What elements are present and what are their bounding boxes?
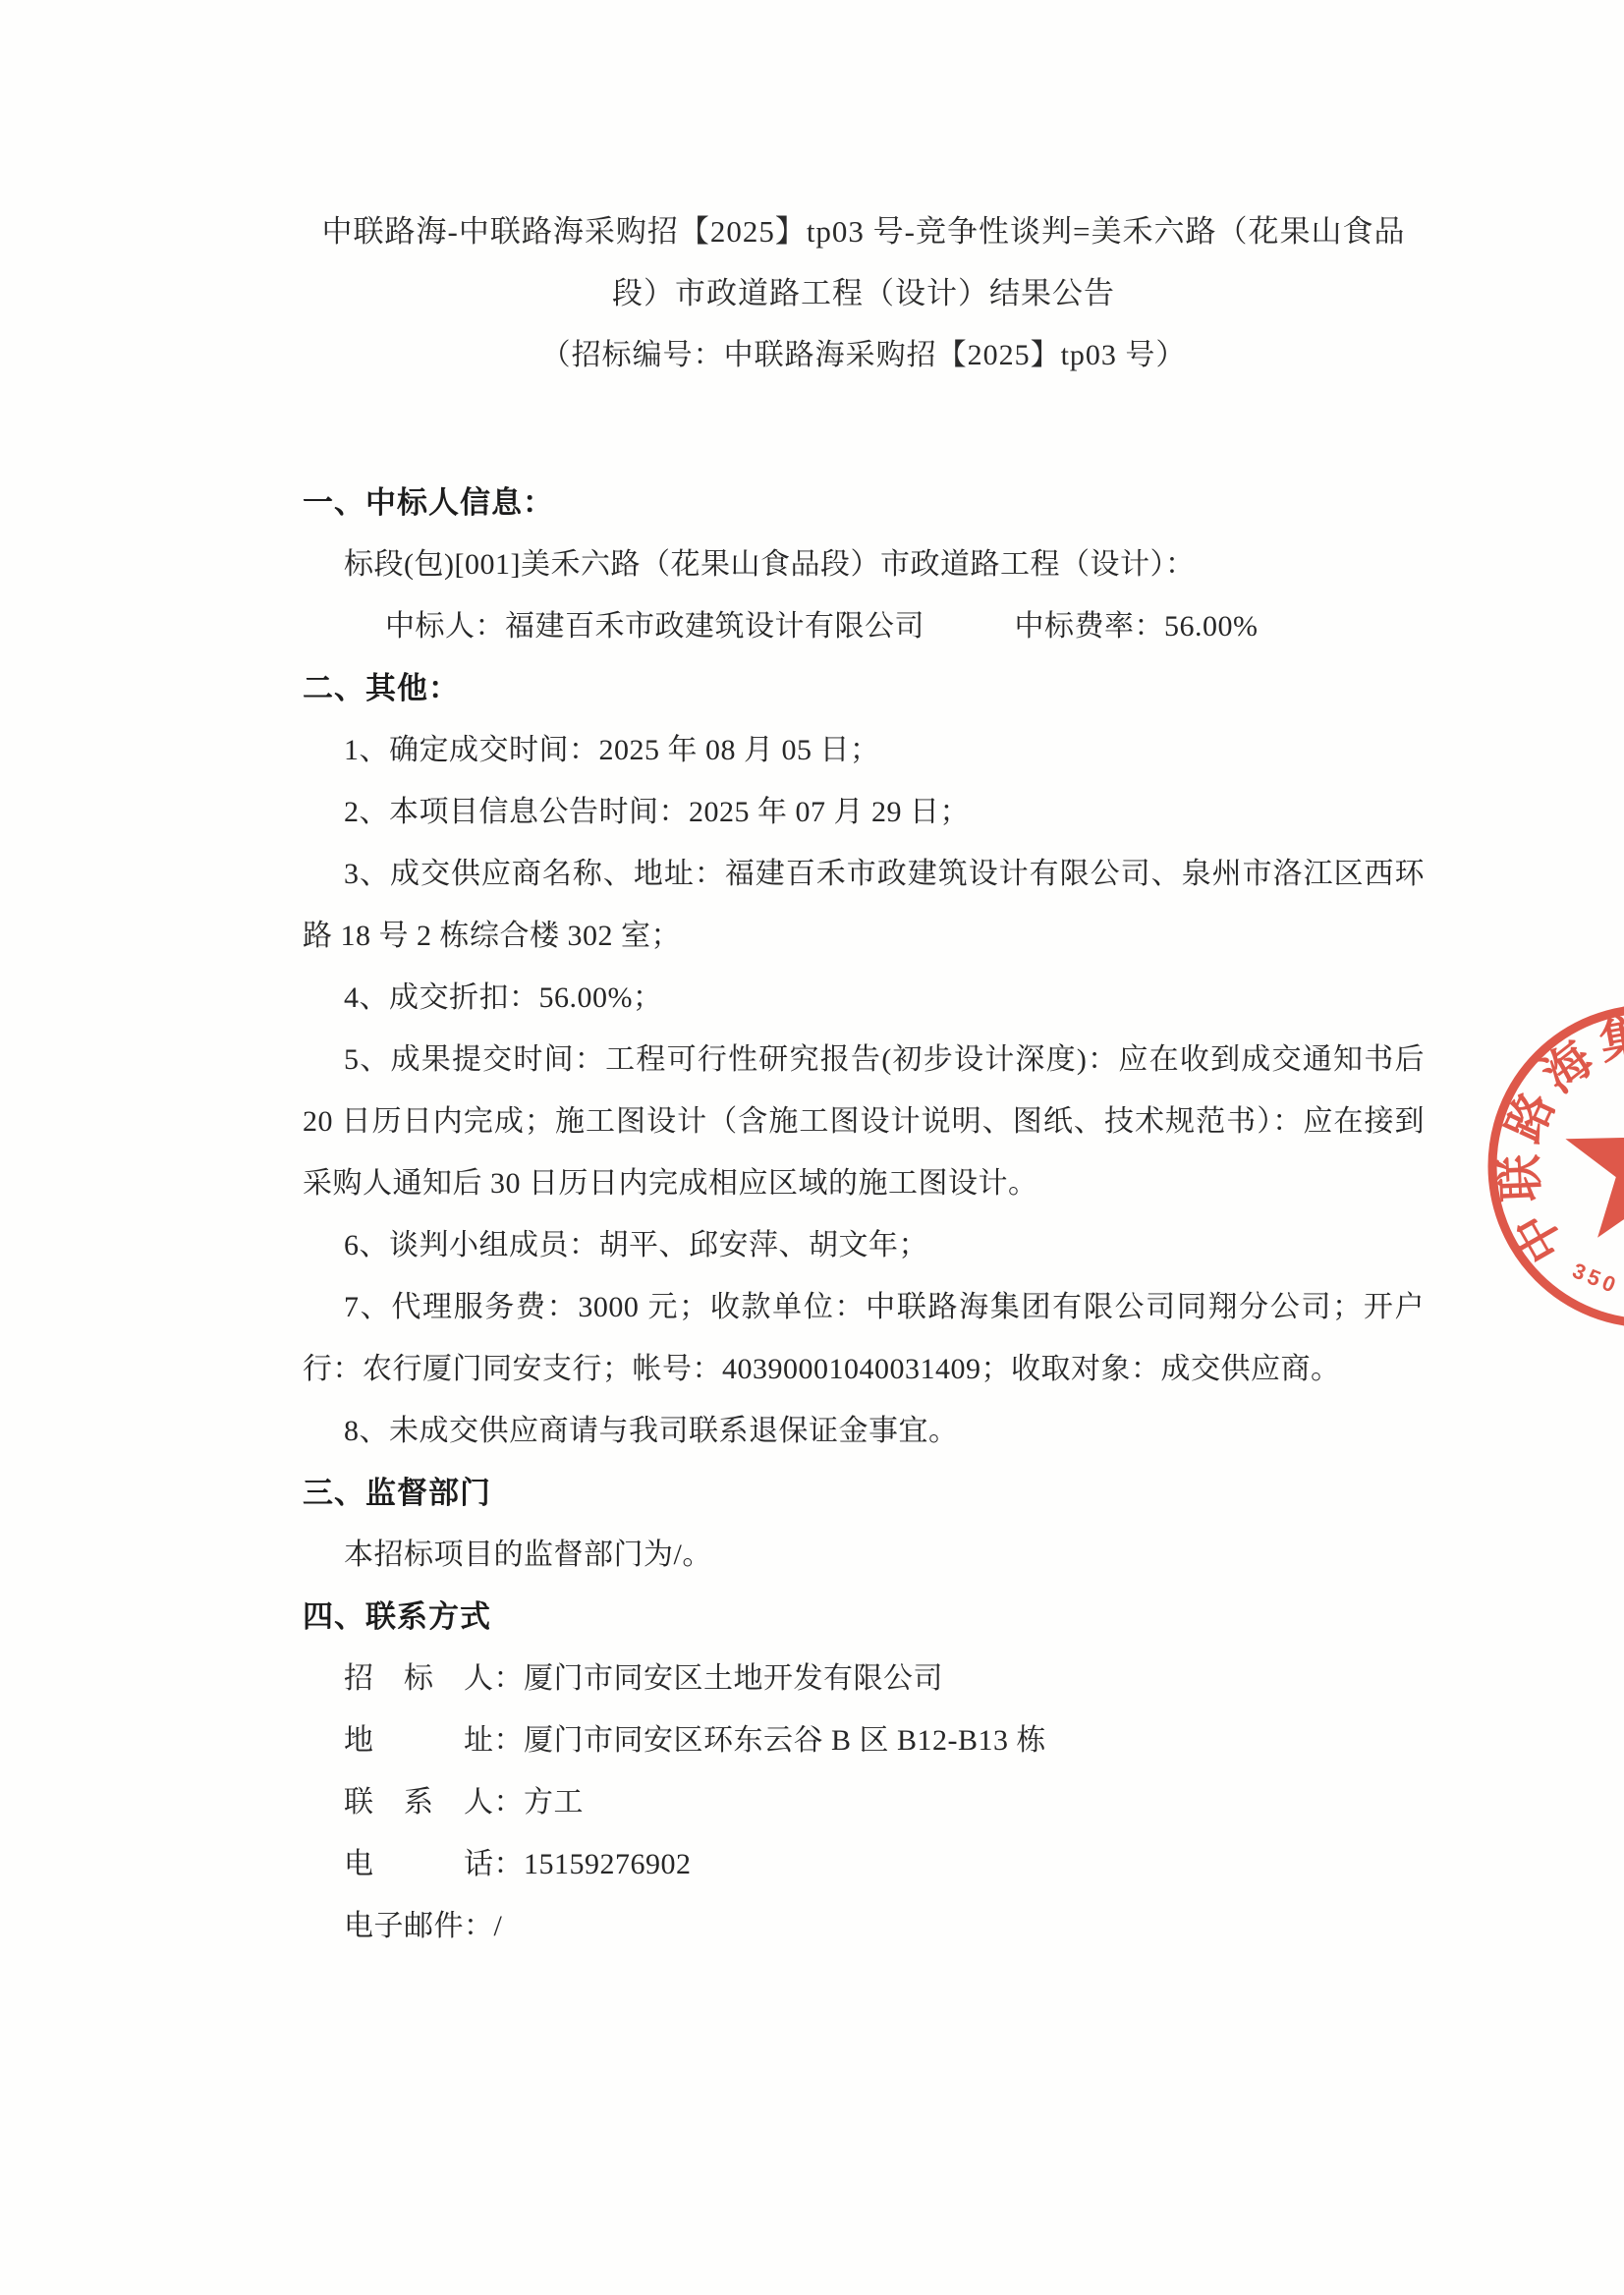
seal-code-digits: 350 [1569, 1258, 1623, 1298]
other-item-6: 6、谈判小组成员：胡平、邱安萍、胡文年； [303, 1214, 1425, 1276]
winner-line: 中标人：福建百禾市政建筑设计有限公司 中标费率：56.00% [303, 595, 1425, 657]
company-seal: 中联路海集团有限公司 350 [1433, 950, 1624, 1382]
section-heading-contact: 四、联系方式 [303, 1586, 1425, 1648]
section-heading-other: 二、其他： [303, 657, 1425, 719]
contact-phone: 电 话：15159276902 [303, 1833, 1425, 1895]
supervision-body: 本招标项目的监督部门为/。 [303, 1524, 1425, 1586]
other-item-2: 2、本项目信息公告时间：2025 年 07 月 29 日； [303, 781, 1425, 843]
title-line-1: 中联路海-中联路海采购招【2025】tp03 号-竞争性谈判=美禾六路（花果山食… [303, 200, 1425, 262]
other-item-4: 4、成交折扣：56.00%； [303, 967, 1425, 1029]
other-item-1: 1、确定成交时间：2025 年 08 月 05 日； [303, 719, 1425, 781]
document-title: 中联路海-中联路海采购招【2025】tp03 号-竞争性谈判=美禾六路（花果山食… [303, 200, 1425, 386]
contact-address: 地 址：厦门市同安区环东云谷 B 区 B12-B13 栋 [303, 1709, 1425, 1771]
other-item-8: 8、未成交供应商请与我司联系退保证金事宜。 [303, 1400, 1425, 1462]
contact-email: 电子邮件：/ [303, 1895, 1425, 1957]
other-item-3: 3、成交供应商名称、地址：福建百禾市政建筑设计有限公司、泉州市洛江区西环路 18… [303, 843, 1425, 967]
other-item-7: 7、代理服务费：3000 元；收款单位：中联路海集团有限公司同翔分公司；开户行：… [303, 1276, 1425, 1400]
title-line-2: 段）市政道路工程（设计）结果公告 [303, 262, 1425, 324]
seal-circle-icon [1492, 1009, 1624, 1323]
document-page: 中联路海-中联路海采购招【2025】tp03 号-竞争性谈判=美禾六路（花果山食… [0, 0, 1624, 2295]
tender-number-line: （招标编号：中联路海采购招【2025】tp03 号） [303, 324, 1425, 386]
svg-text:中联路海集团有限公司: 中联路海集团有限公司 [1493, 1009, 1624, 1284]
document-content: 中联路海-中联路海采购招【2025】tp03 号-竞争性谈判=美禾六路（花果山食… [303, 200, 1425, 1957]
package-line: 标段(包)[001]美禾六路（花果山食品段）市政道路工程（设计）： [303, 533, 1425, 595]
section-heading-supervision: 三、监督部门 [303, 1462, 1425, 1524]
other-item-5: 5、成果提交时间：工程可行性研究报告(初步设计深度)：应在收到成交通知书后 20… [303, 1029, 1425, 1214]
seal-star-icon [1565, 1078, 1624, 1238]
seal-text: 中联路海集团有限公司 [1493, 1009, 1624, 1284]
contact-tenderer: 招 标 人：厦门市同安区土地开发有限公司 [303, 1648, 1425, 1709]
section-heading-winner-info: 一、中标人信息： [303, 472, 1425, 533]
contact-person: 联 系 人：方工 [303, 1771, 1425, 1833]
